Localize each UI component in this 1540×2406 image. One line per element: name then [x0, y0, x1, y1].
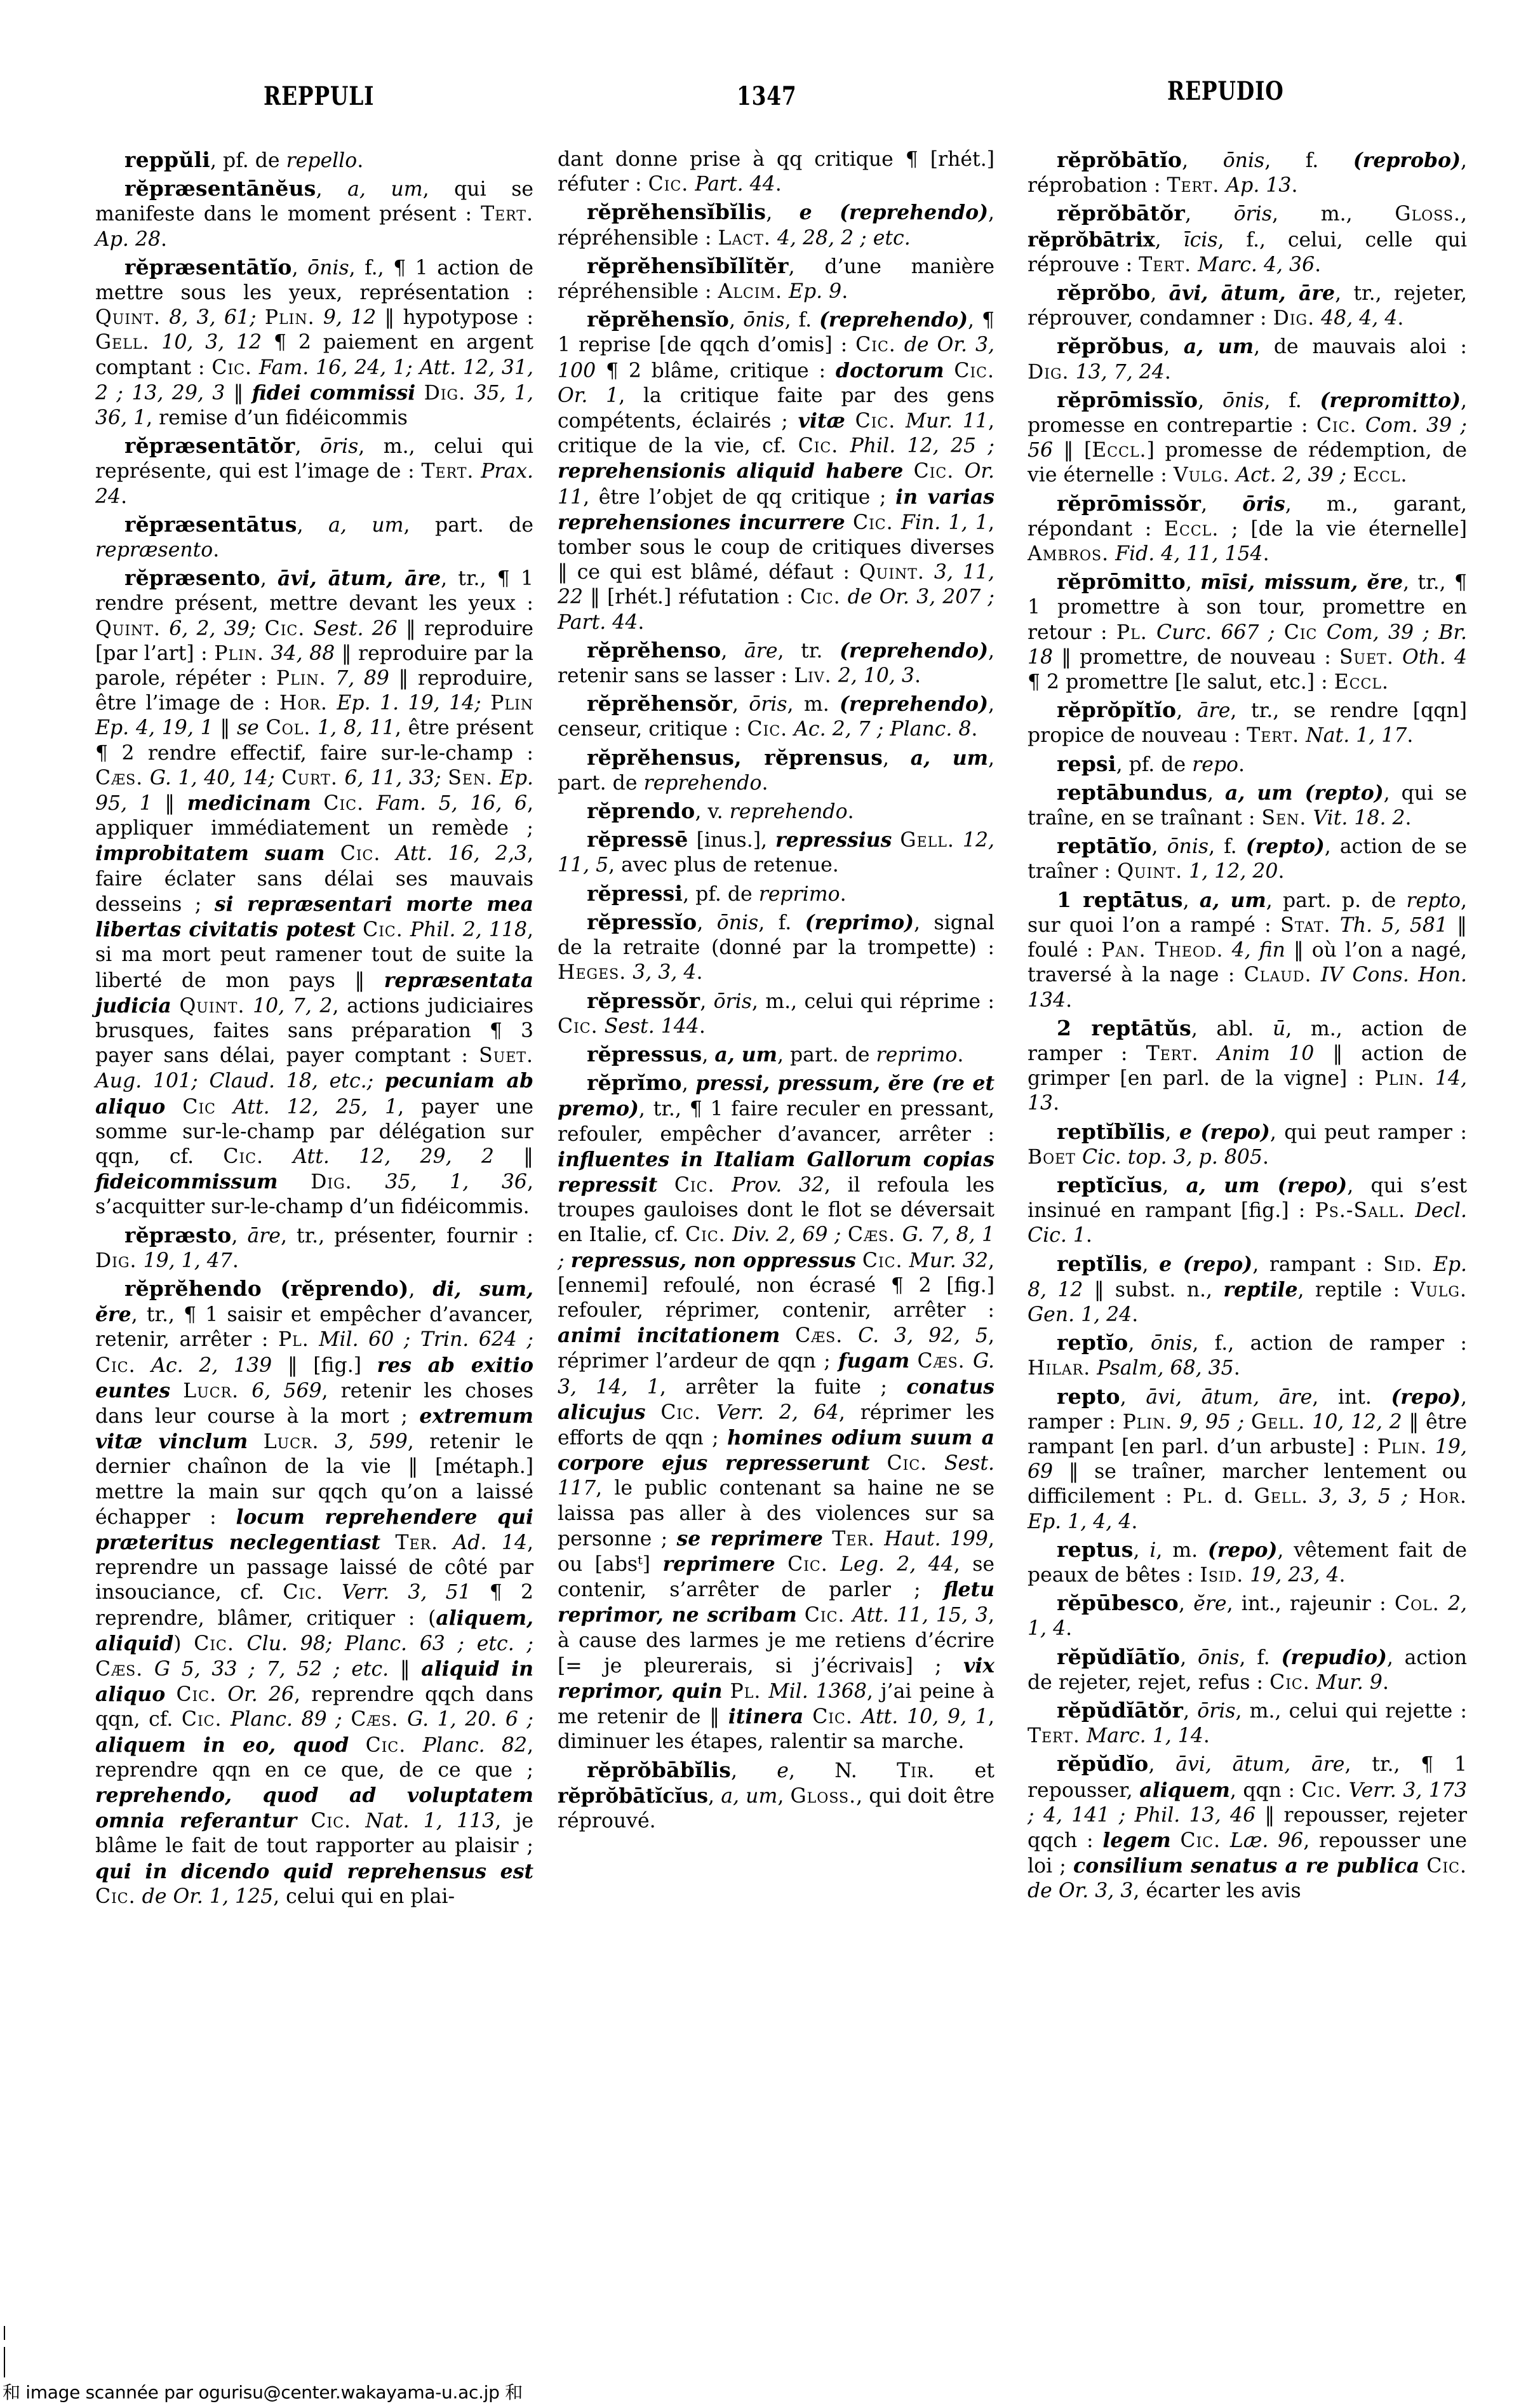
entry-headword: rĕpræsentānĕus: [124, 176, 316, 201]
dictionary-entry: rĕprōmitto, mīsi, missum, ĕre, tr., ¶ 1 …: [1028, 569, 1467, 695]
dictionary-entry: reptus, i, m. (repo), vêtement fait de p…: [1028, 1537, 1467, 1588]
entry-headword: rĕprōmissŏr: [1057, 491, 1201, 516]
dictionary-entry: 2 reptātŭs, abl. ū, m., action de ramper…: [1028, 1016, 1467, 1117]
entry-headword: rĕpŭdĭātŏr: [1057, 1698, 1183, 1723]
entry-headword: rĕprŏbātŏr: [1057, 201, 1185, 225]
entry-headword: 1 reptātus: [1057, 887, 1183, 912]
dictionary-entry: reptĭcĭus, a, um (repo), qui s’est insin…: [1028, 1173, 1467, 1249]
entry-headword: reptātĭo: [1057, 833, 1151, 858]
column-right: rĕprŏbātĭo, ōnis, f. (reprobo), réprobat…: [1028, 147, 1467, 1907]
entry-headword: rĕprŏbo: [1057, 280, 1150, 305]
entry-headword: reptĭo: [1057, 1330, 1128, 1355]
entry-headword: rĕpressĭo: [587, 910, 697, 934]
dictionary-entry: rĕprŏbātĭo, ōnis, f. (reprobo), réprobat…: [1028, 147, 1467, 198]
entry-headword: rĕprŏpĭtĭo: [1057, 697, 1176, 722]
dictionary-entry: reptĭbĭlis, e (repo), qui peut ramper : …: [1028, 1119, 1467, 1170]
dictionary-entry: repto, āvi, ātum, āre, int. (repo), ramp…: [1028, 1384, 1467, 1535]
dictionary-entry: repsi, pf. de repo.: [1028, 751, 1467, 777]
dictionary-entry: rĕprŏbātŏr, ōris, m., Gloss., rĕprŏbātri…: [1028, 201, 1467, 278]
entry-headword: rĕpræsto: [124, 1223, 231, 1247]
entry-headword: rĕpŭdĭātĭo: [1057, 1644, 1180, 1669]
dictionary-entry: rĕprŏpĭtĭo, āre, tr., se rendre [qqn] pr…: [1028, 697, 1467, 748]
dictionary-entry: rĕprŏbo, āvi, ātum, āre, tr., rejeter, r…: [1028, 280, 1467, 331]
entry-headword: rĕprōmitto: [1057, 569, 1186, 594]
dictionary-entry: rĕpressĭo, ōnis, f. (reprimo), signal de…: [558, 910, 994, 986]
guide-word-left: REPPULI: [264, 81, 374, 111]
entry-headword: rĕprendo: [587, 798, 695, 823]
page-number: 1347: [737, 81, 797, 111]
scan-margin-mark: [4, 2326, 5, 2340]
entry-headword: rĕpræsentātus: [124, 512, 297, 537]
entry-headword: 2 reptātŭs: [1057, 1016, 1191, 1040]
dictionary-entry: rĕprĕhensĭbĭlis, e (reprehendo), répréhe…: [558, 199, 994, 250]
entry-headword: rĕprĕhendo (rĕprendo): [124, 1276, 409, 1301]
dictionary-entry: 1 reptātus, a, um, part. p. de repto, su…: [1028, 887, 1467, 1013]
scan-credit-footer: 和 image scannée par ogurisu@center.wakay…: [3, 2379, 523, 2404]
dictionary-entry: rĕpræsentātus, a, um, part. de repræsent…: [95, 512, 533, 563]
entry-headword: rĕpræsentātĭo: [124, 255, 292, 279]
dictionary-entry: reptābundus, a, um (repto), qui se traîn…: [1028, 780, 1467, 831]
entry-headword: reptĭcĭus: [1057, 1173, 1162, 1197]
entry-headword: rĕprĕhenso: [587, 638, 721, 662]
dictionary-entry: rĕprĕhendo (rĕprendo), di, sum, ĕre, tr.…: [95, 1276, 533, 1909]
entry-headword: rĕpræsentātŏr: [124, 433, 295, 458]
dictionary-entry: rĕpressus, a, um, part. de reprimo.: [558, 1042, 994, 1068]
column-left: reppŭli, pf. de repello.rĕpræsentānĕus, …: [95, 147, 533, 1912]
entry-headword: repto: [1057, 1384, 1120, 1409]
entry-headword: repsi: [1057, 751, 1116, 776]
entry-headword: rĕpūbesco: [1057, 1590, 1179, 1615]
guide-word-right: REPUDIO: [1167, 76, 1284, 106]
dictionary-entry: rĕprŏbābĭlis, e, N. Tir. et rĕprŏbātĭcĭu…: [558, 1757, 994, 1834]
column-middle: dant donne prise à qq critique ¶ [rhét.]…: [558, 147, 994, 1836]
entry-headword: rĕpressi: [587, 881, 683, 906]
dictionary-entry: rĕpŭdĭo, āvi, ātum, āre, tr., ¶ 1 repous…: [1028, 1751, 1467, 1904]
entry-headword: rĕprŏbābĭlis: [587, 1757, 731, 1782]
dictionary-entry: rĕprĕhensĭbĭlĭtĕr, d’une manière répréhe…: [558, 253, 994, 304]
dictionary-entry: rĕpræsentānĕus, a, um, qui se manifeste …: [95, 176, 533, 252]
dictionary-entry: rĕprĕhensĭo, ōnis, f. (reprehendo), ¶ 1 …: [558, 307, 994, 635]
entry-headword: rĕpŭdĭo: [1057, 1751, 1148, 1776]
dictionary-entry: rĕprĕhensŏr, ōris, m. (reprehendo), cens…: [558, 691, 994, 742]
entry-headword: rĕpressŏr: [587, 988, 700, 1013]
dictionary-entry: rĕprĕhenso, āre, tr. (reprehendo), reten…: [558, 638, 994, 689]
dictionary-entry: reptĭlis, e (repo), rampant : Sid. Ep. 8…: [1028, 1251, 1467, 1328]
entry-headword: rĕprĕhensĭbĭlĭtĕr: [587, 253, 789, 278]
dictionary-entry: rĕpræsento, āvi, ātum, āre, tr., ¶ 1 ren…: [95, 565, 533, 1220]
entry-headword: rĕprōmissĭo: [1057, 387, 1198, 412]
entry-headword: reptĭlis: [1057, 1251, 1142, 1276]
entry-headword: rĕpressus: [587, 1042, 702, 1066]
dictionary-entry: rĕprendo, v. reprehendo.: [558, 798, 994, 824]
dictionary-entry: dant donne prise à qq critique ¶ [rhét.]…: [558, 147, 994, 197]
dictionary-entry: rĕpræsentātĭo, ōnis, f., ¶ 1 action de m…: [95, 255, 533, 431]
entry-headword: rĕprĕhensĭo: [587, 307, 729, 332]
scan-margin-mark: [4, 2347, 5, 2377]
entry-headword: rĕprĕhensŏr: [587, 691, 732, 716]
dictionary-entry: rĕprĭmo, pressi, pressum, ĕre (re et pre…: [558, 1070, 994, 1754]
dictionary-entry: reptātĭo, ōnis, f. (repto), action de se…: [1028, 833, 1467, 884]
entry-headword: rĕpræsento: [124, 565, 260, 590]
entry-headword: rĕprĕhensĭbĭlis: [587, 199, 766, 224]
dictionary-entry: rĕpræsto, āre, tr., présenter, fournir :…: [95, 1223, 533, 1274]
dictionary-entry: rĕprōmissĭo, ōnis, f. (repromitto), prom…: [1028, 387, 1467, 488]
dictionary-entry: rĕprĕhensus, rĕprensus, a, um, part. de …: [558, 745, 994, 796]
dictionary-entry: rĕprŏbus, a, um, de mauvais aloi : Dig. …: [1028, 333, 1467, 384]
dictionary-entry: rĕpressē [inus.], repressius Gell. 12, 1…: [558, 827, 994, 878]
entry-headword: rĕprŏbus: [1057, 333, 1163, 358]
dictionary-entry: rĕpŭdĭātŏr, ōris, m., celui qui rejette …: [1028, 1698, 1467, 1749]
entry-headword: rĕprŏbātĭo: [1057, 147, 1182, 172]
entry-headword: rĕprĕhensus, rĕprensus: [587, 745, 883, 770]
dictionary-entry: rĕpūbesco, ĕre, int., rajeunir : Col. 2,…: [1028, 1590, 1467, 1641]
entry-headword: reptĭbĭlis: [1057, 1119, 1165, 1144]
entry-headword: reptābundus: [1057, 780, 1207, 805]
dictionary-entry: rĕpressi, pf. de reprimo.: [558, 881, 994, 907]
entry-headword: reptus: [1057, 1537, 1133, 1562]
dictionary-entry: reppŭli, pf. de repello.: [95, 147, 533, 173]
dictionary-entry: rĕpŭdĭātĭo, ōnis, f. (repudio), action d…: [1028, 1644, 1467, 1695]
dictionary-entry: rĕpressŏr, ōris, m., celui qui réprime :…: [558, 988, 994, 1039]
entry-headword: rĕpressē: [587, 827, 688, 852]
dictionary-entry: rĕpræsentātŏr, ōris, m., celui qui repré…: [95, 433, 533, 509]
entry-headword: reppŭli: [124, 147, 210, 172]
dictionary-entry: reptĭo, ōnis, f., action de ramper : Hil…: [1028, 1330, 1467, 1381]
dictionary-entry: rĕprōmissŏr, ōris, m., garant, répondant…: [1028, 491, 1467, 567]
entry-headword: rĕprĭmo: [587, 1070, 682, 1095]
